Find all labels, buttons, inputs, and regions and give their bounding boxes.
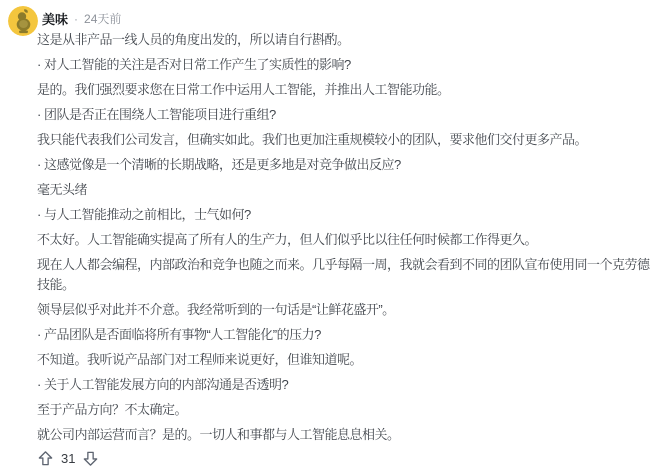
comment-paragraph: 是的。我们强烈要求您在日常工作中运用人工智能，并推出人工智能功能。 <box>37 80 652 100</box>
comment-paragraph: 至于产品方向？不太确定。 <box>37 400 652 420</box>
avatar-bird-icon <box>8 6 38 36</box>
downvote-button[interactable] <box>82 450 99 466</box>
comment-paragraph: 这是从非产品一线人员的角度出发的，所以请自行斟酌。 <box>37 30 652 50</box>
comment-paragraph: 我只能代表我们公司发言，但确实如此。我们也更加注重规模较小的团队，要求他们交付更… <box>37 130 652 150</box>
upvote-button[interactable] <box>37 450 54 466</box>
comment-question: · 对人工智能的关注是否对日常工作产生了实质性的影响? <box>37 55 652 75</box>
downvote-icon <box>82 450 99 466</box>
comment-paragraph: 就公司内部运营而言？是的。一切人和事都与人工智能息息相关。 <box>37 425 652 445</box>
comment-question: · 产品团队是否面临将所有事物“人工智能化”的压力? <box>37 325 652 345</box>
vote-count: 31 <box>61 451 75 466</box>
comment-question: · 与人工智能推动之前相比，士气如何? <box>37 205 652 225</box>
comment-paragraph: 不知道。我听说产品部门对工程师来说更好，但谁知道呢。 <box>37 350 652 370</box>
comment-paragraph: 毫无头绪 <box>37 180 652 200</box>
timestamp: 24天前 <box>84 10 121 27</box>
comment-paragraph: 现在人人都会编程，内部政治和竞争也随之而来。几乎每隔一周，我就会看到不同的团队宣… <box>37 255 652 295</box>
comment-paragraph: 领导层似乎对此并不介意。我经常听到的一句话是“让鲜花盛开”。 <box>37 300 652 320</box>
comment-paragraph: 不太好。人工智能确实提高了所有人的生产力，但人们似乎比以往任何时候都工作得更久。 <box>37 230 652 250</box>
comment-question: · 这感觉像是一个清晰的长期战略，还是更多地是对竞争做出反应? <box>37 155 652 175</box>
separator-dot: · <box>74 12 78 26</box>
comment-body: 这是从非产品一线人员的角度出发的，所以请自行斟酌。 · 对人工智能的关注是否对日… <box>37 30 652 445</box>
avatar[interactable] <box>8 6 38 36</box>
author-name[interactable]: 美味 <box>42 9 68 28</box>
comment-question: · 团队是否正在围绕人工智能项目进行重组? <box>37 105 652 125</box>
upvote-icon <box>37 450 54 466</box>
comment: 美味 · 24天前 这是从非产品一线人员的角度出发的，所以请自行斟酌。 · 对人… <box>0 0 660 466</box>
comment-header: 美味 · 24天前 <box>37 6 652 28</box>
comment-question: · 关于人工智能发展方向的内部沟通是否透明? <box>37 375 652 395</box>
vote-bar: 31 <box>37 450 652 466</box>
